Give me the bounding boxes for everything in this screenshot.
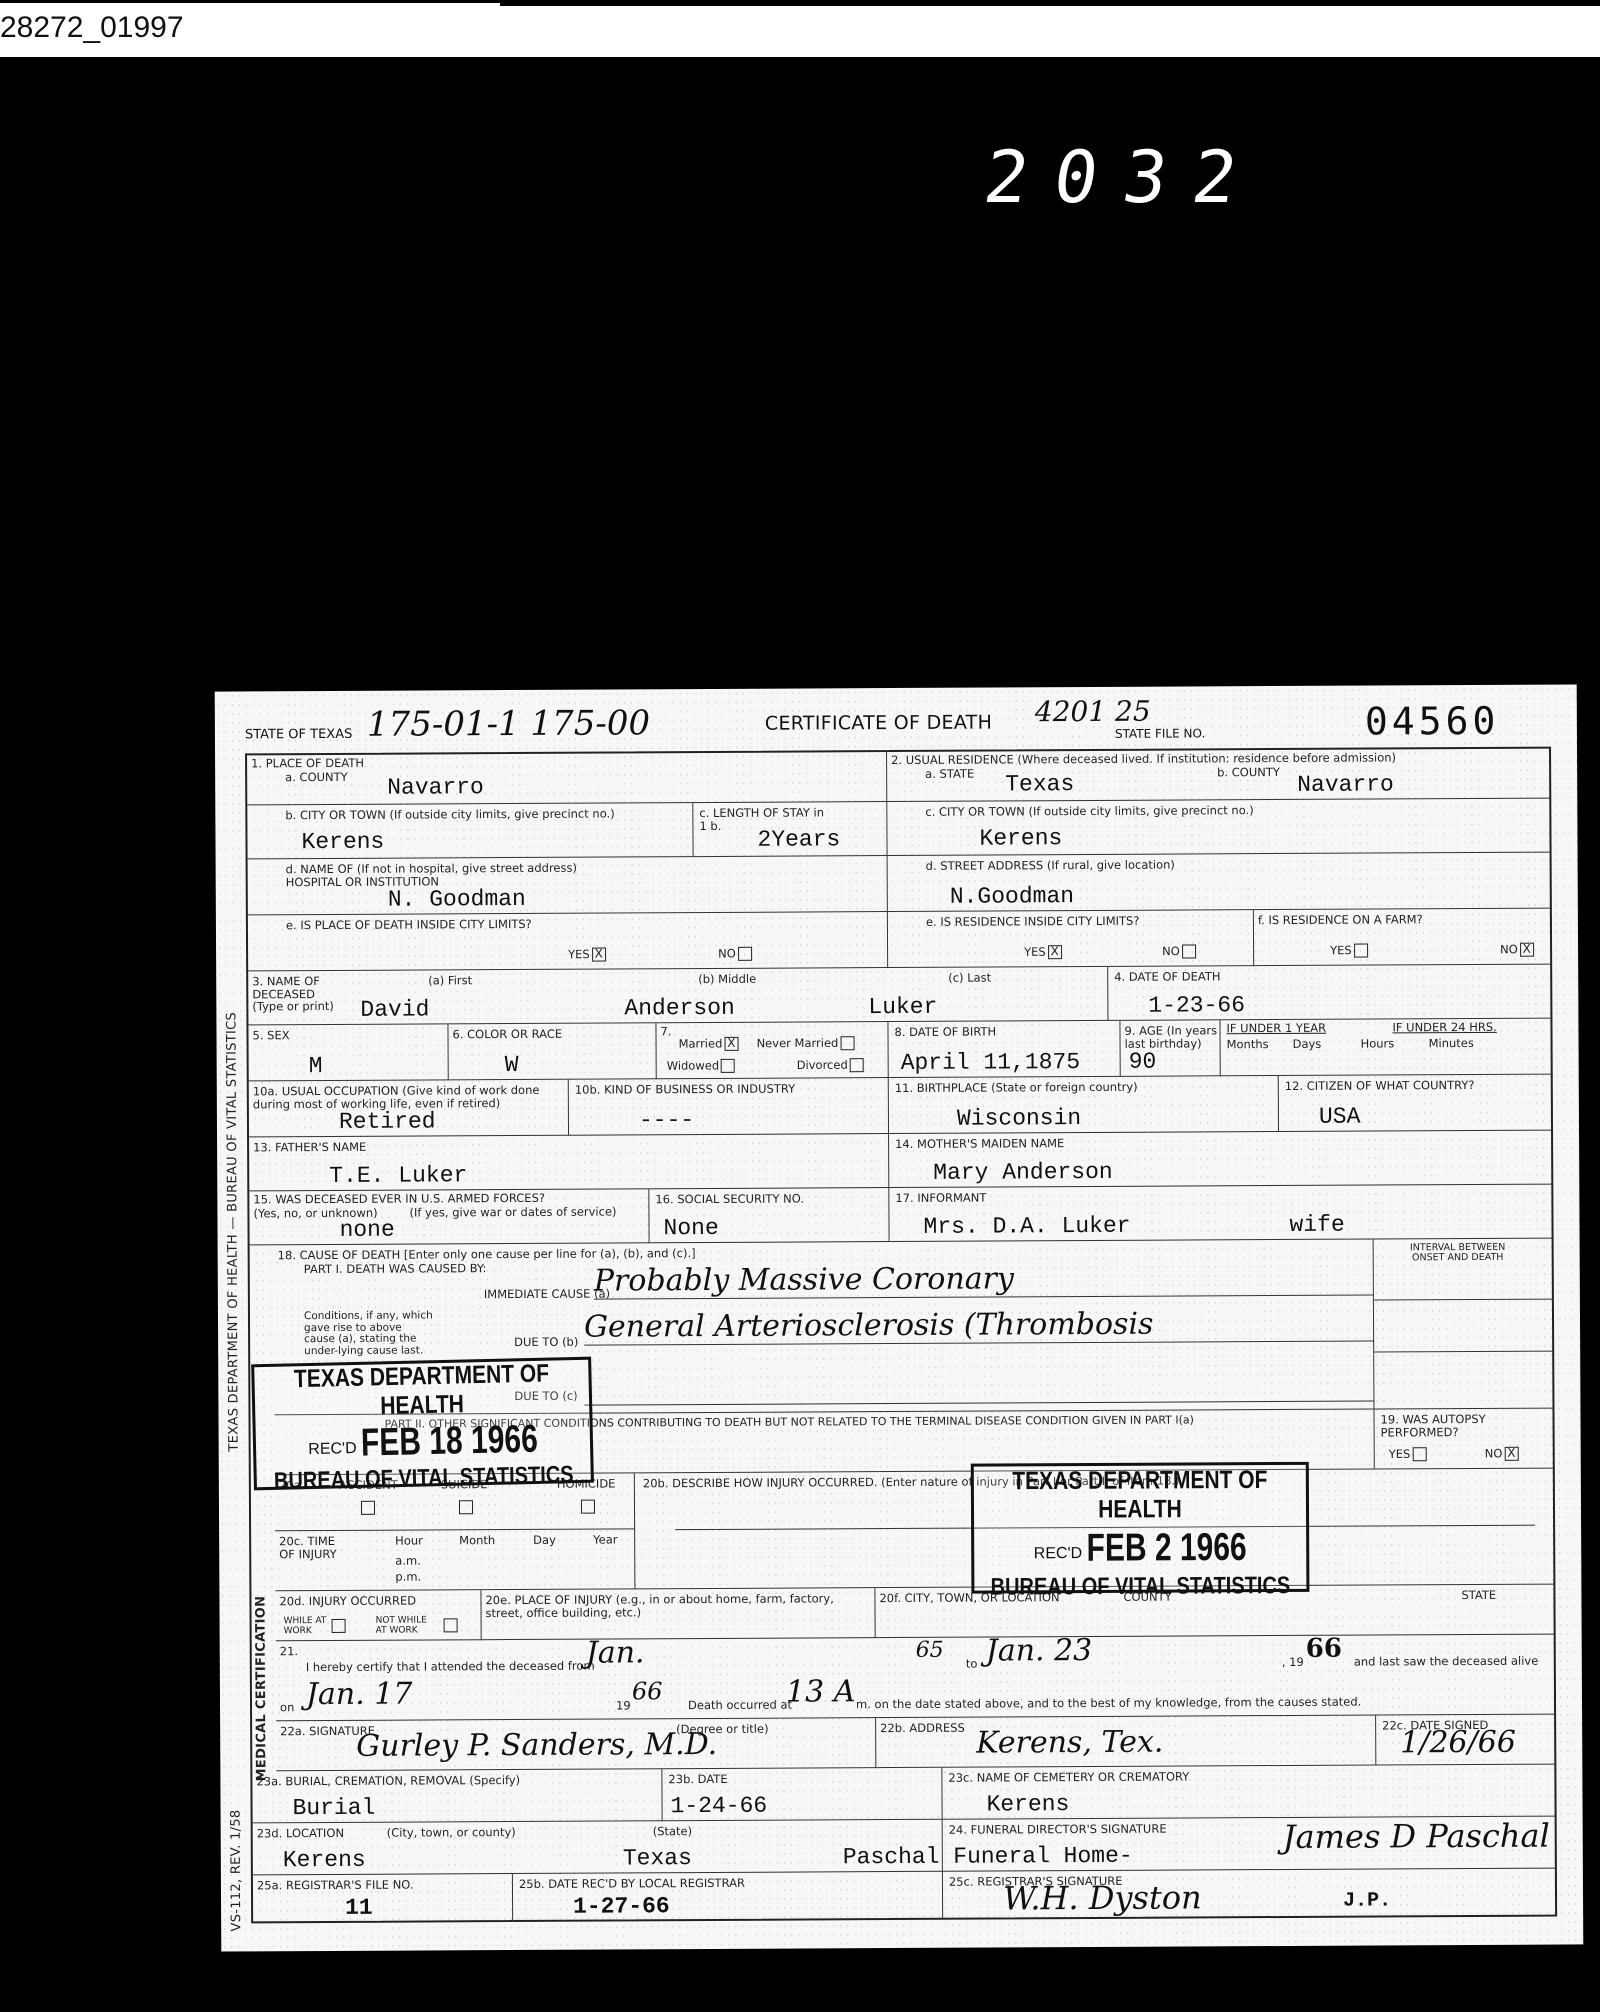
place-of-injury-label: 20e. PLACE OF INJURY (e.g., in or about …: [485, 1592, 865, 1619]
month-label: Month: [459, 1534, 495, 1547]
year-prefix-3: 19: [616, 1699, 631, 1712]
street-label: d. STREET ADDRESS (If rural, give locati…: [926, 859, 1175, 873]
due-to-b-label: DUE TO (b): [514, 1336, 578, 1349]
county-label: a. COUNTY: [285, 771, 348, 784]
state-label: STATE OF TEXAS: [245, 727, 352, 743]
immediate-cause-value: Probably Massive Coronary: [594, 1260, 1374, 1300]
date-of-death-label: 4. DATE OF DEATH: [1114, 970, 1220, 983]
sex-label: 5. SEX: [252, 1029, 289, 1042]
date-received-local: 25b. DATE REC'D BY LOCAL REGISTRAR 1-27-…: [513, 1872, 943, 1922]
registrar-signature-value: W.H. Dyston: [1003, 1878, 1202, 1917]
last-seen-value: Jan. 17: [306, 1677, 413, 1713]
date-of-death: 4. DATE OF DEATH 1-23-66: [1108, 965, 1552, 1021]
divider: [500, 3, 1600, 6]
stamp-department: TEXAS DEPARTMENT OF HEALTH: [974, 1466, 1306, 1525]
handwritten-number: 4201 25: [1035, 695, 1151, 729]
social-security: 16. SOCIAL SECURITY NO. None: [649, 1188, 889, 1243]
no-checkbox[interactable]: X: [1504, 1447, 1518, 1461]
race-value: W: [505, 1052, 519, 1078]
mother-value: Mary Anderson: [933, 1159, 1113, 1186]
autopsy-yes-option[interactable]: YES: [1389, 1447, 1427, 1461]
not-while-at-work-checkbox[interactable]: [444, 1618, 458, 1632]
residence-street: d. STREET ADDRESS (If rural, give locati…: [888, 853, 1552, 912]
inside-limits-label: e. IS PLACE OF DEATH INSIDE CITY LIMITS?: [286, 918, 532, 932]
armed-forces-label: 15. WAS DECEASED EVER IN U.S. ARMED FORC…: [253, 1192, 545, 1206]
burial-date-value: 1-24-66: [670, 1793, 767, 1820]
yes-option[interactable]: YESX: [568, 948, 606, 962]
attended-to-year: 66: [1306, 1634, 1342, 1664]
date-of-birth: 8. DATE OF BIRTH April 11,1875: [888, 1021, 1120, 1078]
injury-occurred: 20d. INJURY OCCURRED WHILE AT WORK NOT W…: [275, 1590, 481, 1641]
cemetery: 23c. NAME OF CEMETERY OR CREMATORY Keren…: [942, 1765, 1556, 1820]
location-state-label: (State): [653, 1825, 692, 1838]
residence-city-label: c. CITY OR TOWN (If outside city limits,…: [925, 804, 1253, 818]
place-of-death-county: 1. PLACE OF DEATH a. COUNTY Navarro: [247, 752, 887, 805]
yes-label: YES: [1330, 943, 1352, 957]
while-at-work-label: WHILE AT WORK: [284, 1617, 334, 1637]
occupation: 10a. USUAL OCCUPATION (Give kind of work…: [249, 1080, 569, 1138]
stamp-date: FEB 18 1966: [361, 1418, 539, 1466]
time-of-injury-label: 20c. TIME OF INJURY: [279, 1535, 349, 1561]
birthplace: 11. BIRTHPLACE (State or foreign country…: [889, 1076, 1279, 1134]
first-name-value: David: [360, 996, 429, 1022]
cemetery-label: 23c. NAME OF CEMETERY OR CREMATORY: [948, 1770, 1189, 1784]
disposition-value: Burial: [292, 1795, 375, 1821]
punch-hole: [92, 920, 136, 964]
occupation-value: Retired: [339, 1108, 436, 1135]
father-name: 13. FATHER'S NAME T.E. Luker: [249, 1134, 889, 1191]
residence-county-label: b. COUNTY: [1217, 766, 1280, 779]
never-married-label: Never Married: [757, 1036, 839, 1050]
stamp-recd-label: REC'D: [1034, 1545, 1082, 1562]
hospital-institution: d. NAME OF (If not in hospital, give str…: [248, 856, 888, 915]
date-signed: 22c. DATE SIGNED 1/26/66: [1376, 1715, 1556, 1766]
date-recd-value: 1-27-66: [573, 1893, 670, 1920]
ssn-label: 16. SOCIAL SECURITY NO.: [655, 1192, 804, 1205]
hours-label: Hours: [1361, 1037, 1395, 1050]
mother-label: 14. MOTHER'S MAIDEN NAME: [895, 1137, 1064, 1151]
first-name-label: (a) First: [428, 974, 472, 987]
registrar-title: J.P.: [1343, 1889, 1391, 1912]
no-checkbox[interactable]: [1182, 944, 1196, 958]
interval-label: INTERVAL BETWEEN ONSET AND DEATH: [1398, 1243, 1518, 1265]
dob-label: 8. DATE OF BIRTH: [894, 1025, 996, 1038]
birthplace-value: Wisconsin: [957, 1105, 1081, 1132]
place-of-injury: 20e. PLACE OF INJURY (e.g., in or about …: [481, 1588, 875, 1640]
no-checkbox[interactable]: X: [1520, 943, 1534, 957]
widowed-label: Widowed: [667, 1058, 720, 1072]
due-to-c-value: [584, 1366, 1374, 1406]
informant-label: 17. INFORMANT: [895, 1192, 986, 1205]
widowed-option[interactable]: Widowed: [667, 1059, 736, 1073]
last-seen-year: 66: [632, 1677, 663, 1705]
address-label: 22b. ADDRESS: [880, 1722, 965, 1735]
age-under-one: IF UNDER 1 YEAR IF UNDER 24 HRS. Months …: [1220, 1019, 1552, 1077]
physician-signature: 22a. SIGNATURE (Degree or title) Gurley …: [276, 1718, 876, 1771]
occupation-label: 10a. USUAL OCCUPATION (Give kind of work…: [253, 1084, 563, 1111]
farm-no-option[interactable]: NOX: [1500, 943, 1534, 957]
no-label: NO: [1500, 942, 1518, 956]
marital-status: 7. MarriedX Never Married Widowed Divorc…: [656, 1022, 888, 1079]
disposition-label: 23a. BURIAL, CREMATION, REMOVAL (Specify…: [256, 1774, 520, 1788]
conditions-label: Conditions, if any, which gave rise to a…: [304, 1310, 434, 1357]
marital-label: 7.: [660, 1025, 671, 1038]
length-of-stay: c. LENGTH OF STAY in 1 b. 2Years: [693, 802, 887, 857]
date-of-death-value: 1-23-66: [1148, 992, 1245, 1019]
injury-occurred-label: 20d. INJURY OCCURRED: [279, 1595, 416, 1608]
certificate-form: 1. PLACE OF DEATH a. COUNTY Navarro 2. U…: [245, 747, 1557, 1924]
scan-id-bar: 28272_01997: [0, 0, 1600, 60]
yes-label: YES: [1024, 945, 1046, 959]
hour-label: Hour: [395, 1534, 423, 1547]
yes-checkbox[interactable]: [1412, 1447, 1426, 1461]
business-industry: 10b. KIND OF BUSINESS OR INDUSTRY ----: [569, 1078, 889, 1136]
inside-city-limits: e. IS PLACE OF DEATH INSIDE CITY LIMITS?…: [248, 912, 888, 971]
state-file-number: 04560: [1365, 699, 1500, 744]
stay-value: 2Years: [757, 826, 840, 852]
injury-state-label: STATE: [1461, 1589, 1496, 1602]
on-label: on: [280, 1701, 294, 1714]
year-label: Year: [593, 1533, 617, 1546]
am-label: a.m.: [395, 1555, 421, 1568]
to-label: to: [966, 1658, 978, 1671]
funeral-home-value: Paschal Funeral Home-: [843, 1843, 1133, 1871]
residence-city: c. CITY OR TOWN (If outside city limits,…: [887, 799, 1551, 856]
father-value: T.E. Luker: [329, 1162, 467, 1189]
attended-text: I hereby certify that I attended the dec…: [306, 1660, 595, 1674]
suicide-checkbox[interactable]: [459, 1500, 473, 1514]
business-label: 10b. KIND OF BUSINESS OR INDUSTRY: [575, 1083, 795, 1097]
mother-maiden-name: 14. MOTHER'S MAIDEN NAME Mary Anderson: [889, 1131, 1553, 1188]
yes-checkbox[interactable]: [1354, 944, 1368, 958]
yes-label: YES: [1389, 1447, 1411, 1461]
attended-from-year: 65: [916, 1638, 944, 1663]
middle-name-label: (b) Middle: [698, 973, 756, 986]
county-value: Navarro: [387, 774, 484, 801]
stamp-recd-label: REC'D: [308, 1440, 357, 1458]
city-value: Kerens: [301, 829, 384, 855]
pm-label: p.m.: [395, 1571, 421, 1584]
deceased-name: 3. NAME OF DECEASED (Type or print) (a) …: [248, 967, 1108, 1026]
never-married-checkbox[interactable]: [840, 1036, 854, 1050]
citizenship: 12. CITIZEN OF WHAT COUNTRY? USA: [1279, 1075, 1553, 1132]
time-of-injury: 20c. TIME OF INJURY Hour a.m. p.m. Month…: [275, 1529, 635, 1591]
interval-onset-death: INTERVAL BETWEEN ONSET AND DEATH: [1374, 1239, 1555, 1410]
disposition: 23a. BURIAL, CREMATION, REMOVAL (Specify…: [252, 1769, 662, 1823]
punch-hole: [92, 1688, 136, 1732]
armed-sub2-label: (If yes, give war or dates of service): [409, 1205, 616, 1219]
residence-state-county: 2. USUAL RESIDENCE (Where deceased lived…: [887, 749, 1551, 802]
form-id-label: VS-112, REV. 1/58: [229, 1810, 245, 1932]
cert-end-text: m. on the date stated above, and to the …: [856, 1696, 1361, 1711]
divorced-label: Divorced: [797, 1058, 848, 1072]
while-at-work-checkbox[interactable]: [332, 1619, 346, 1633]
burial-date: 23b. DATE 1-24-66: [662, 1768, 942, 1821]
ssn-value: None: [663, 1215, 718, 1241]
physician-certification: 21. I hereby certify that I attended the…: [276, 1635, 1556, 1722]
not-while-at-work-label: NOT WHILE AT WORK: [376, 1616, 436, 1636]
location-city-value: Kerens: [283, 1847, 366, 1873]
last-name-label: (c) Last: [948, 972, 991, 985]
attended-to-value: Jan. 23: [986, 1633, 1093, 1669]
residence-label: 2. USUAL RESIDENCE (Where deceased lived…: [891, 751, 1396, 766]
autopsy-no-option[interactable]: NOX: [1485, 1447, 1519, 1461]
received-stamp-feb-2: TEXAS DEPARTMENT OF HEALTH REC'D FEB 2 1…: [971, 1462, 1310, 1594]
married-label: Married: [679, 1036, 723, 1050]
dob-value: April 11,1875: [901, 1049, 1081, 1076]
married-checkbox[interactable]: X: [724, 1037, 738, 1051]
registrar-file-label: 25a. REGISTRAR'S FILE NO.: [257, 1879, 414, 1892]
yes-label: YES: [568, 947, 590, 961]
stamp-date: FEB 2 1966: [1086, 1526, 1246, 1571]
city-label: b. CITY OR TOWN (If outside city limits,…: [285, 807, 614, 821]
cert-number-label: 21.: [280, 1645, 298, 1658]
received-stamp-feb-18: TEXAS DEPARTMENT OF HEALTH REC'D FEB 18 …: [251, 1357, 594, 1491]
business-value: ----: [639, 1107, 694, 1133]
farm-label: f. IS RESIDENCE ON A FARM?: [1258, 913, 1423, 927]
hospital-value: N. Goodman: [388, 886, 526, 913]
stamp-bureau: BUREAU OF VITAL STATISTICS: [974, 1573, 1306, 1602]
married-option[interactable]: MarriedX: [679, 1037, 739, 1051]
funeral-director-signature: James D Paschal: [1283, 1817, 1550, 1856]
under-24-hrs-label: IF UNDER 24 HRS.: [1392, 1021, 1496, 1034]
registrar-file-no: 25a. REGISTRAR'S FILE NO. 11: [253, 1874, 513, 1923]
location-city-label: (City, town, or county): [387, 1826, 516, 1839]
armed-forces: 15. WAS DECEASED EVER IN U.S. ARMED FORC…: [249, 1189, 649, 1245]
accident-checkbox[interactable]: [361, 1501, 375, 1515]
age: 9. AGE (In years last birthday) 90: [1120, 1020, 1220, 1077]
death-certificate: TEXAS DEPARTMENT OF HEALTH — BUREAU OF V…: [215, 684, 1584, 1951]
location-state-value: Texas: [623, 1845, 692, 1871]
age-value: 90: [1129, 1049, 1157, 1075]
attended-from-value: Jan.: [586, 1635, 645, 1670]
department-vertical-label: TEXAS DEPARTMENT OF HEALTH — BUREAU OF V…: [224, 1012, 241, 1452]
farm-yes-option[interactable]: YES: [1330, 944, 1368, 958]
place-of-death-label: 1. PLACE OF DEATH: [251, 757, 364, 770]
burial-location: 23d. LOCATION (City, town, or county) Ke…: [253, 1820, 943, 1876]
year-prefix-2: , 19: [1282, 1656, 1304, 1669]
yes-checkbox[interactable]: X: [1048, 945, 1062, 959]
race: 6. COLOR OR RACE W: [448, 1023, 656, 1080]
minutes-label: Minutes: [1429, 1037, 1474, 1050]
middle-name-value: Anderson: [624, 995, 735, 1022]
physician-address: 22b. ADDRESS Kerens, Tex.: [876, 1716, 1376, 1769]
no-label: NO: [718, 946, 736, 960]
informant-relation: wife: [1289, 1212, 1344, 1238]
immediate-cause-label: IMMEDIATE CAUSE (a): [484, 1288, 610, 1301]
residence-city-value: Kerens: [979, 825, 1062, 851]
death-occurred-label: Death occurred at: [688, 1699, 792, 1712]
citizen-value: USA: [1319, 1104, 1361, 1130]
hospital-label: d. NAME OF (If not in hospital, give str…: [286, 862, 606, 889]
last-name-value: Luker: [868, 994, 937, 1020]
divorced-option[interactable]: Divorced: [797, 1058, 864, 1072]
date-signed-value: 1/26/66: [1400, 1725, 1516, 1761]
physician-signature-value: Gurley P. Sanders, M.D.: [356, 1727, 717, 1764]
funeral-director-label: 24. FUNERAL DIRECTOR'S SIGNATURE: [949, 1823, 1167, 1837]
name-label: 3. NAME OF DECEASED (Type or print): [252, 975, 342, 1013]
yes-checkbox[interactable]: X: [592, 948, 606, 962]
no-option[interactable]: NO: [718, 947, 752, 961]
date-recd-label: 25b. DATE REC'D BY LOCAL REGISTRAR: [519, 1877, 745, 1891]
day-label: Day: [533, 1534, 556, 1547]
state-file-label: STATE FILE NO.: [1115, 726, 1205, 740]
burial-date-label: 23b. DATE: [668, 1773, 727, 1786]
months-label: Months: [1227, 1038, 1269, 1051]
sex-value: M: [309, 1053, 323, 1079]
residence-state-value: Texas: [1005, 771, 1074, 797]
location-label: 23d. LOCATION: [257, 1827, 344, 1840]
no-label: NO: [1485, 1446, 1503, 1460]
race-label: 6. COLOR OR RACE: [452, 1028, 562, 1041]
days-label: Days: [1293, 1038, 1322, 1051]
place-of-death-city: b. CITY OR TOWN (If outside city limits,…: [247, 803, 693, 859]
no-checkbox[interactable]: [738, 947, 752, 961]
registrar-signature: 25c. REGISTRAR'S SIGNATURE W.H. Dyston J…: [943, 1869, 1557, 1920]
father-label: 13. FATHER'S NAME: [253, 1141, 366, 1154]
residence-on-farm: f. IS RESIDENCE ON A FARM? YES NOX: [1254, 909, 1552, 967]
certificate-title: CERTIFICATE OF DEATH: [765, 712, 992, 735]
widowed-checkbox[interactable]: [721, 1059, 735, 1073]
age-label: 9. AGE (In years last birthday): [1124, 1024, 1220, 1050]
residence-county-value: Navarro: [1297, 771, 1394, 798]
never-married-option[interactable]: Never Married: [757, 1036, 855, 1051]
address-value: Kerens, Tex.: [976, 1725, 1163, 1761]
image-id-label: 28272_01997: [0, 11, 184, 45]
under-1-year-label: IF UNDER 1 YEAR: [1226, 1022, 1326, 1035]
certificate-header: STATE OF TEXAS 175-01-1 175-00 CERTIFICA…: [245, 699, 1545, 750]
stamp-department: TEXAS DEPARTMENT OF HEALTH: [254, 1359, 589, 1424]
divorced-checkbox[interactable]: [850, 1058, 864, 1072]
autopsy-label: 19. WAS AUTOPSY PERFORMED?: [1381, 1413, 1551, 1439]
birthplace-label: 11. BIRTHPLACE (State or foreign country…: [895, 1081, 1138, 1095]
residence-state-label: a. STATE: [925, 768, 974, 781]
autopsy: 19. WAS AUTOPSY PERFORMED? YES NOX: [1374, 1409, 1554, 1470]
due-to-b-value: General Arteriosclerosis (Thrombosis: [584, 1306, 1374, 1346]
armed-forces-value: none: [339, 1217, 394, 1243]
cemetery-value: Kerens: [986, 1791, 1069, 1817]
res-inside-limits-label: e. IS RESIDENCE INSIDE CITY LIMITS?: [926, 915, 1140, 929]
cause-label: 18. CAUSE OF DEATH [Enter only one cause…: [278, 1247, 696, 1262]
no-label: NO: [1162, 944, 1180, 958]
residence-inside-limits: e. IS RESIDENCE INSIDE CITY LIMITS? YESX…: [888, 910, 1254, 968]
informant-value: Mrs. D.A. Luker: [923, 1213, 1130, 1240]
homicide-checkbox[interactable]: [581, 1500, 595, 1514]
part1-label: PART I. DEATH WAS CAUSED BY:: [304, 1262, 487, 1276]
citizen-label: 12. CITIZEN OF WHAT COUNTRY?: [1285, 1079, 1475, 1093]
last-saw-text: and last saw the deceased alive: [1354, 1655, 1539, 1669]
death-time-value: 13 A: [786, 1674, 856, 1709]
sex: 5. SEX M: [248, 1024, 448, 1081]
res-yes-option[interactable]: YESX: [1024, 945, 1062, 959]
street-value: N.Goodman: [950, 883, 1074, 910]
registrar-file-value: 11: [345, 1895, 373, 1921]
frame-counter: 2032: [979, 135, 1268, 219]
handwritten-codes: 175-01-1 175-00: [367, 703, 650, 744]
informant: 17. INFORMANT Mrs. D.A. Luker wife: [889, 1185, 1553, 1242]
res-no-option[interactable]: NO: [1162, 944, 1196, 958]
